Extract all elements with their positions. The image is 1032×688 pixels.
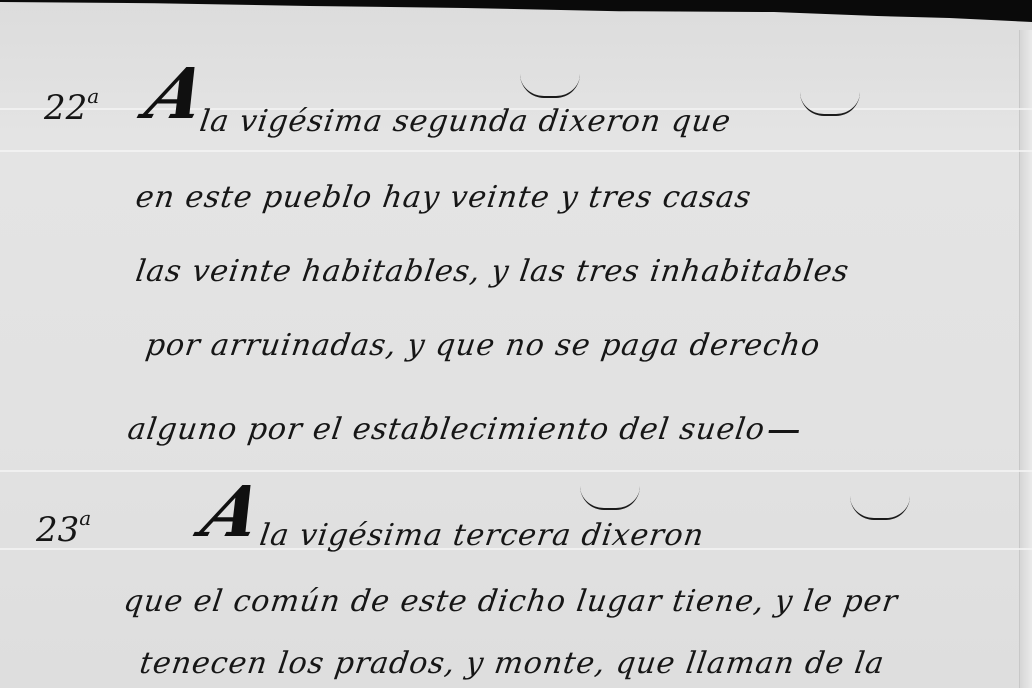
manuscript-line: tenecen los prados, y monte, que llaman …: [138, 646, 887, 681]
line-end-dash: [769, 430, 799, 433]
entry-number-suffix: a: [87, 84, 99, 108]
manuscript-line: que el común de este dicho lugar tiene, …: [122, 584, 901, 619]
manuscript-line: alguno por el establecimiento del suelo: [126, 412, 802, 447]
fold-line: [0, 470, 1032, 472]
entry-number-suffix: a: [79, 506, 91, 530]
manuscript-line: las veinte habitables, y las tres inhabi…: [134, 254, 852, 289]
entry-number-22: 22a: [44, 88, 99, 128]
entry-number-23: 23a: [36, 510, 91, 550]
manuscript-line: por arruinadas, y que no se paga derecho: [144, 328, 823, 363]
flourish-mark: [520, 74, 580, 98]
manuscript-page: 22a A la vigésima segunda dixeron que en…: [0, 0, 1032, 688]
flourish-mark: [580, 486, 640, 510]
flourish-mark: [850, 496, 910, 520]
entry-number-text: 23: [36, 510, 79, 550]
dark-top-edge: [0, 0, 1032, 40]
manuscript-line: la vigésima tercera dixeron: [258, 518, 707, 553]
flourish-mark: [800, 92, 860, 116]
paper-right-edge: [1019, 30, 1032, 688]
entry-number-text: 22: [44, 88, 87, 128]
manuscript-line-text: alguno por el establecimiento del suelo: [126, 412, 768, 447]
fold-line: [0, 150, 1032, 152]
manuscript-line: la vigésima segunda dixeron que: [198, 104, 734, 139]
manuscript-line: en este pueblo hay veinte y tres casas: [134, 180, 754, 215]
